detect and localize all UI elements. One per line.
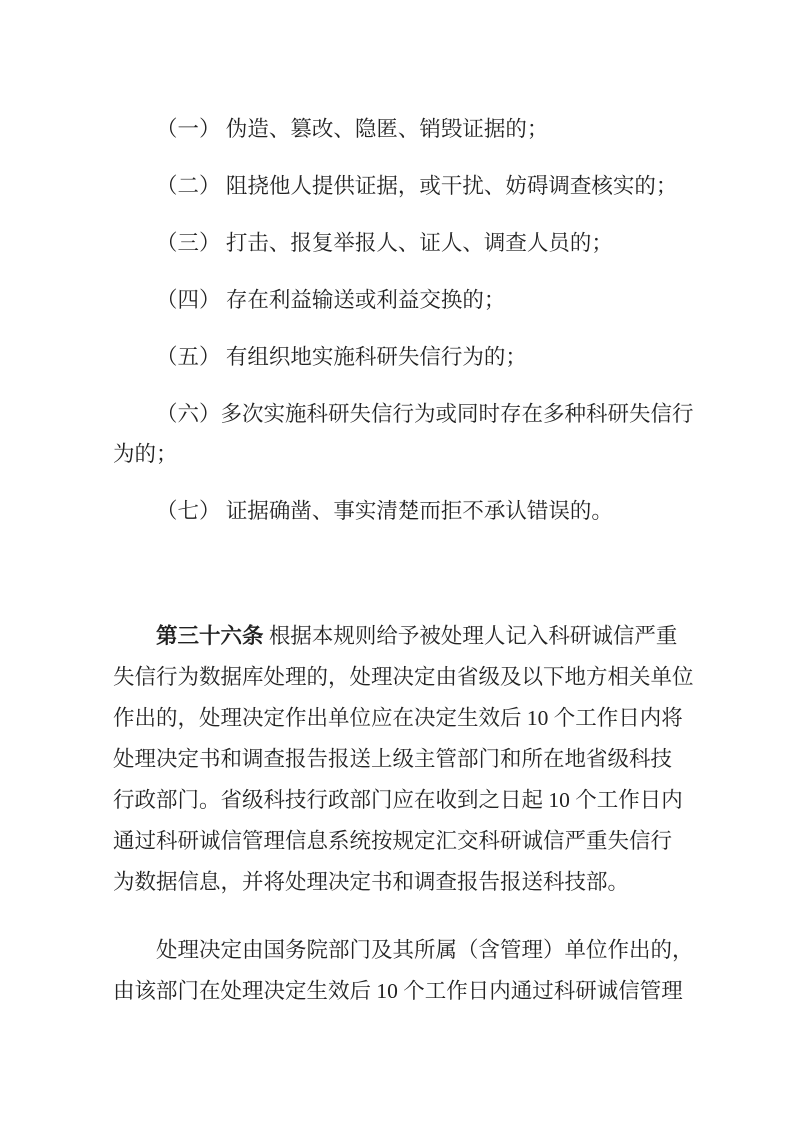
document-page: （一） 伪造、篡改、隐匿、销毁证据的； （二） 阻挠他人提供证据，或干扰、妨碍调… (0, 0, 793, 1122)
clause-item-5: （五） 有组织地实施科研失信行为的； (113, 337, 705, 377)
page-content: （一） 伪造、篡改、隐匿、销毁证据的； （二） 阻挠他人提供证据，或干扰、妨碍调… (113, 109, 705, 1012)
article-36-number: 第三十六条 (156, 624, 264, 648)
clause-item-1: （一） 伪造、篡改、隐匿、销毁证据的； (113, 109, 705, 149)
article-36-paragraph-1: 第三十六条 根据本规则给予被处理人记入科研诚信严重 失信行为数据库处理的，处理决… (113, 616, 705, 903)
clause-item-3: （三） 打击、报复举报人、证人、调查人员的； (113, 223, 705, 263)
article-36-paragraph-2: 处理决定由国务院部门及其所属（含管理）单位作出的， 由该部门在处理决定生效后 1… (113, 930, 705, 1012)
clause-item-2: （二） 阻挠他人提供证据，或干扰、妨碍调查核实的； (113, 166, 705, 206)
clause-item-7: （七） 证据确凿、事实清楚而拒不承认错误的。 (113, 491, 705, 531)
clause-item-6: （六）多次实施科研失信行为或同时存在多种科研失信行 为的； (113, 394, 705, 474)
article-36-paragraph-1-text: 根据本规则给予被处理人记入科研诚信严重 失信行为数据库处理的，处理决定由省级及以… (113, 624, 694, 894)
clause-item-4: （四） 存在利益输送或利益交换的； (113, 280, 705, 320)
